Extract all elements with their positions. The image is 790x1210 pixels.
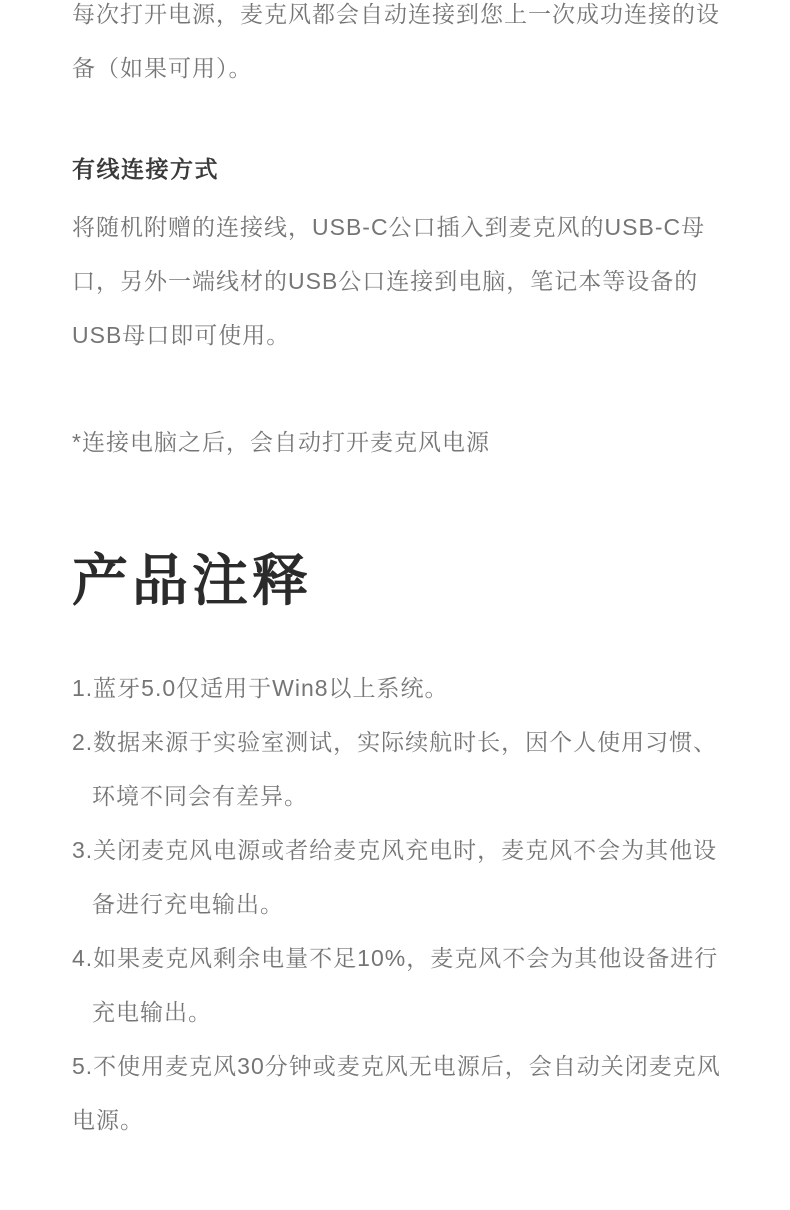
product-notes-title: 产品注释 [72, 545, 312, 617]
note-item-5: 5.不使用麦克风30分钟或麦克风无电源后，会自动关闭麦克风 [72, 1039, 721, 1093]
product-notes-list: 1.蓝牙5.0仅适用于Win8以上系统。 2.数据来源于实验室测试，实际续航时长… [72, 661, 721, 1147]
intro-line: 每次打开电源，麦克风都会自动连接到您上一次成功连接的设 [72, 0, 720, 41]
wired-line: 将随机附赠的连接线，USB-C公口插入到麦克风的USB-C母 [72, 200, 705, 254]
wired-line: 口，另外一端线材的USB公口连接到电脑，笔记本等设备的 [72, 254, 705, 308]
wired-connection-paragraph: 将随机附赠的连接线，USB-C公口插入到麦克风的USB-C母 口，另外一端线材的… [72, 200, 705, 362]
note-item-1: 1.蓝牙5.0仅适用于Win8以上系统。 [72, 661, 721, 715]
note-item-4: 4.如果麦克风剩余电量不足10%，麦克风不会为其他设备进行 [72, 931, 721, 985]
note-item-3: 3.关闭麦克风电源或者给麦克风充电时，麦克风不会为其他设 [72, 823, 721, 877]
intro-line: 备（如果可用）。 [72, 41, 720, 95]
intro-paragraph: 每次打开电源，麦克风都会自动连接到您上一次成功连接的设 备（如果可用）。 [72, 0, 720, 95]
note-item-4-wrap: 充电输出。 [72, 985, 721, 1039]
note-item-2: 2.数据来源于实验室测试，实际续航时长，因个人使用习惯、 [72, 715, 721, 769]
note-item-2-wrap: 环境不同会有差异。 [72, 769, 721, 823]
wired-connection-heading: 有线连接方式 [72, 142, 219, 196]
wired-connection-note: *连接电脑之后，会自动打开麦克风电源 [72, 415, 490, 469]
product-detail-page: 每次打开电源，麦克风都会自动连接到您上一次成功连接的设 备（如果可用）。 有线连… [0, 0, 790, 1210]
note-item-5-wrap: 电源。 [72, 1093, 721, 1147]
wired-line: USB母口即可使用。 [72, 308, 705, 362]
note-item-3-wrap: 备进行充电输出。 [72, 877, 721, 931]
